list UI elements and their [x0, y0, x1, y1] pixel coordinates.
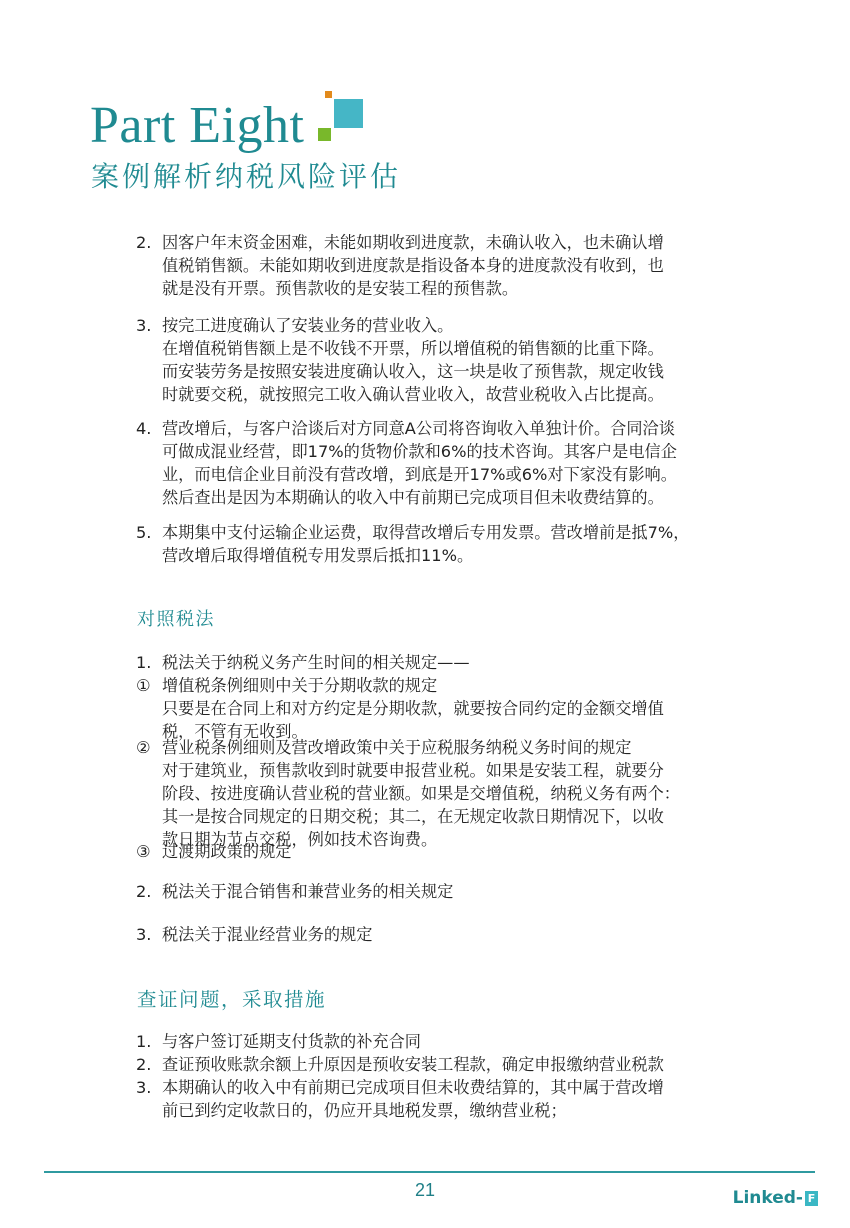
item-line: 时就要交税，就按照完工收入确认营业收入，故营业税收入占比提高。	[162, 383, 736, 406]
law-item-3: 3. 税法关于混业经营业务的规定	[136, 923, 736, 946]
item-number: 3.	[136, 1076, 160, 1099]
item-line: 阶段、按进度确认营业税的营业额。如果是交增值税，纳税义务有两个：	[162, 782, 736, 805]
item-line: 税法关于混业经营业务的规定	[162, 923, 736, 946]
item-number: 2.	[136, 880, 160, 903]
law-subitem-2: ② 营业税条例细则及营改增政策中关于应税服务纳税义务时间的规定 对于建筑业，预售…	[136, 736, 736, 851]
item-line: 然后查出是因为本期确认的收入中有前期已完成项目但未收费结算的。	[162, 486, 736, 509]
item-line: 因客户年末资金困难，未能如期收到进度款，未确认收入，也未确认增	[162, 231, 736, 254]
brand-logo: Linked- F	[733, 1188, 818, 1208]
section-heading-law: 对照税法	[137, 607, 215, 633]
item-number: 5.	[136, 521, 160, 544]
finding-item-3: 3. 按完工进度确认了安装业务的营业收入。 在增值税销售额上是不收钱不开票，所以…	[136, 314, 736, 406]
law-item-1: 1. 税法关于纳税义务产生时间的相关规定——	[136, 651, 736, 674]
item-line: 营业税条例细则及营改增政策中关于应税服务纳税义务时间的规定	[162, 736, 736, 759]
item-line: 过渡期政策的规定	[162, 840, 736, 863]
decor-square-teal-icon	[334, 99, 363, 128]
item-number: 4.	[136, 417, 160, 440]
item-number: 2.	[136, 231, 160, 254]
item-line: 本期集中支付运输企业运费，取得营改增后专用发票。营改增前是抵7%，	[162, 521, 736, 544]
law-item-2: 2. 税法关于混合销售和兼营业务的相关规定	[136, 880, 736, 903]
brand-badge-letter: F	[805, 1191, 818, 1206]
footer-divider	[44, 1171, 815, 1173]
item-line: 值税销售额。未能如期收到进度款是指设备本身的进度款没有收到，也	[162, 254, 736, 277]
item-line: 只要是在合同上和对方约定是分期收款，就要按合同约定的金额交增值	[162, 697, 736, 720]
item-number: ①	[136, 674, 160, 697]
item-number: 2.	[136, 1053, 160, 1076]
item-line: 前已到约定收款日的，仍应开具地税发票，缴纳营业税；	[162, 1099, 736, 1122]
item-line: 增值税条例细则中关于分期收款的规定	[162, 674, 736, 697]
item-line: 按完工进度确认了安装业务的营业收入。	[162, 314, 736, 337]
item-line: 营改增后取得增值税专用发票后抵扣11%。	[162, 544, 736, 567]
measure-item-1: 1. 与客户签订延期支付货款的补充合同	[136, 1030, 736, 1053]
brand-f-badge-icon: F	[805, 1191, 818, 1206]
item-line: 其一是按合同规定的日期交税；其二，在无规定收款日期情况下，以收	[162, 805, 736, 828]
item-number: 1.	[136, 1030, 160, 1053]
item-number: ③	[136, 840, 160, 863]
item-number: 3.	[136, 923, 160, 946]
finding-item-4: 4. 营改增后，与客户洽谈后对方同意A公司将咨询收入单独计价。合同洽谈 可做成混…	[136, 417, 736, 509]
section-heading-measures: 查证问题，采取措施	[137, 986, 326, 1014]
item-number: 1.	[136, 651, 160, 674]
law-subitem-1: ① 增值税条例细则中关于分期收款的规定 只要是在合同上和对方约定是分期收款，就要…	[136, 674, 736, 743]
item-line: 税法关于纳税义务产生时间的相关规定——	[162, 651, 736, 674]
decor-square-green-icon	[318, 128, 331, 141]
item-line: 在增值税销售额上是不收钱不开票，所以增值税的销售额的比重下降。	[162, 337, 736, 360]
item-line: 而安装劳务是按照安装进度确认收入，这一块是收了预售款，规定收钱	[162, 360, 736, 383]
brand-text: Linked-	[733, 1188, 803, 1208]
item-line: 与客户签订延期支付货款的补充合同	[162, 1030, 736, 1053]
measure-item-3: 3. 本期确认的收入中有前期已完成项目但未收费结算的，其中属于营改增 前已到约定…	[136, 1076, 736, 1122]
item-line: 税法关于混合销售和兼营业务的相关规定	[162, 880, 736, 903]
item-line: 对于建筑业，预售款收到时就要申报营业税。如果是安装工程，就要分	[162, 759, 736, 782]
item-number: 3.	[136, 314, 160, 337]
item-number: ②	[136, 736, 160, 759]
decor-square-orange-icon	[325, 91, 332, 98]
finding-item-2: 2. 因客户年末资金困难，未能如期收到进度款，未确认收入，也未确认增 值税销售额…	[136, 231, 736, 300]
item-line: 业，而电信企业目前没有营改增，到底是开17%或6%对下家没有影响。	[162, 463, 736, 486]
item-line: 查证预收账款余额上升原因是预收安装工程款，确定申报缴纳营业税款	[162, 1053, 736, 1076]
part-title: Part Eight	[90, 96, 304, 156]
law-subitem-3: ③ 过渡期政策的规定	[136, 840, 736, 863]
finding-item-5: 5. 本期集中支付运输企业运费，取得营改增后专用发票。营改增前是抵7%， 营改增…	[136, 521, 736, 567]
page-number: 21	[0, 1180, 850, 1201]
item-line: 本期确认的收入中有前期已完成项目但未收费结算的，其中属于营改增	[162, 1076, 736, 1099]
part-subtitle: 案例解析纳税风险评估	[91, 158, 401, 196]
item-line: 营改增后，与客户洽谈后对方同意A公司将咨询收入单独计价。合同洽谈	[162, 417, 736, 440]
item-line: 就是没有开票。预售款收的是安装工程的预售款。	[162, 277, 736, 300]
item-line: 可做成混业经营，即17%的货物价款和6%的技术咨询。其客户是电信企	[162, 440, 736, 463]
measure-item-2: 2. 查证预收账款余额上升原因是预收安装工程款，确定申报缴纳营业税款	[136, 1053, 736, 1076]
